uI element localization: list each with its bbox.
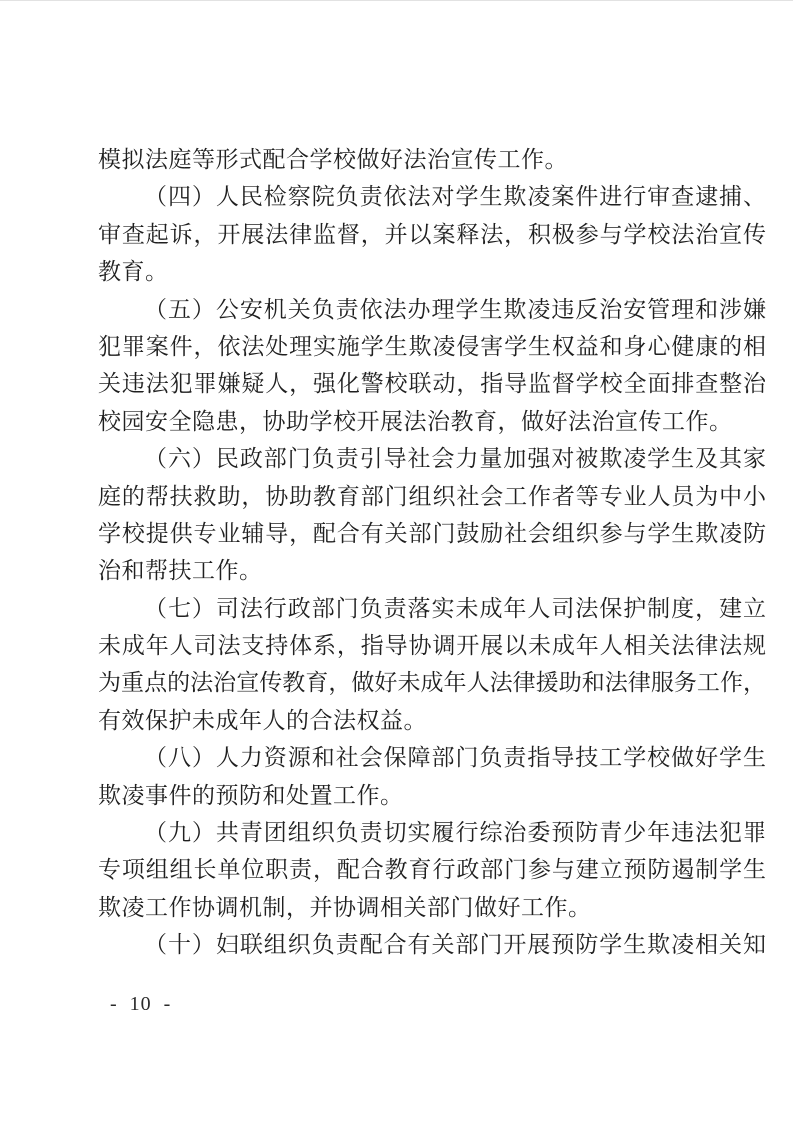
text-line: 审查起诉，开展法律监督，并以案释法，积极参与学校法治宣传: [98, 216, 766, 253]
scan-edge-artifact: [0, 0, 793, 1]
text-line: 未成年人司法支持体系，指导协调开展以未成年人相关法律法规: [98, 627, 766, 664]
text-block: 模拟法庭等形式配合学校做好法治宣传工作。 （四）人民检察院负责依法对学生欺凌案件…: [98, 141, 766, 964]
text-line: （十）妇联组织负责配合有关部门开展预防学生欺凌相关知: [98, 926, 766, 963]
text-line: （四）人民检察院负责依法对学生欺凌案件进行审查逮捕、: [98, 178, 766, 215]
text-line: 欺凌工作协调机制，并协调相关部门做好工作。: [98, 889, 766, 926]
text-line: 欺凌事件的预防和处置工作。: [98, 777, 766, 814]
text-line: 关违法犯罪嫌疑人，强化警校联动，指导监督学校全面排查整治: [98, 365, 766, 402]
text-line: （六）民政部门负责引导社会力量加强对被欺凌学生及其家: [98, 440, 766, 477]
text-line: （五）公安机关负责依法办理学生欺凌违反治安管理和涉嫌: [98, 291, 766, 328]
text-line: 为重点的法治宣传教育，做好未成年人法律援助和法律服务工作，: [98, 664, 766, 701]
page-number: - 10 -: [110, 992, 171, 1016]
text-line: 校园安全隐患，协助学校开展法治教育，做好法治宣传工作。: [98, 403, 766, 440]
text-line: 犯罪案件，依法处理实施学生欺凌侵害学生权益和身心健康的相: [98, 328, 766, 365]
text-line: 庭的帮扶救助，协助教育部门组织社会工作者等专业人员为中小: [98, 478, 766, 515]
text-line: （八）人力资源和社会保障部门负责指导技工学校做好学生: [98, 739, 766, 776]
text-line: 教育。: [98, 253, 766, 290]
text-line: （九）共青团组织负责切实履行综治委预防青少年违法犯罪: [98, 814, 766, 851]
text-line: 有效保护未成年人的合法权益。: [98, 702, 766, 739]
text-line: 专项组组长单位职责，配合教育行政部门参与建立预防遏制学生: [98, 851, 766, 888]
text-line: 治和帮扶工作。: [98, 552, 766, 589]
text-line: （七）司法行政部门负责落实未成年人司法保护制度，建立: [98, 590, 766, 627]
text-line: 模拟法庭等形式配合学校做好法治宣传工作。: [98, 141, 766, 178]
document-page: 模拟法庭等形式配合学校做好法治宣传工作。 （四）人民检察院负责依法对学生欺凌案件…: [0, 0, 793, 1122]
text-line: 学校提供专业辅导，配合有关部门鼓励社会组织参与学生欺凌防: [98, 515, 766, 552]
